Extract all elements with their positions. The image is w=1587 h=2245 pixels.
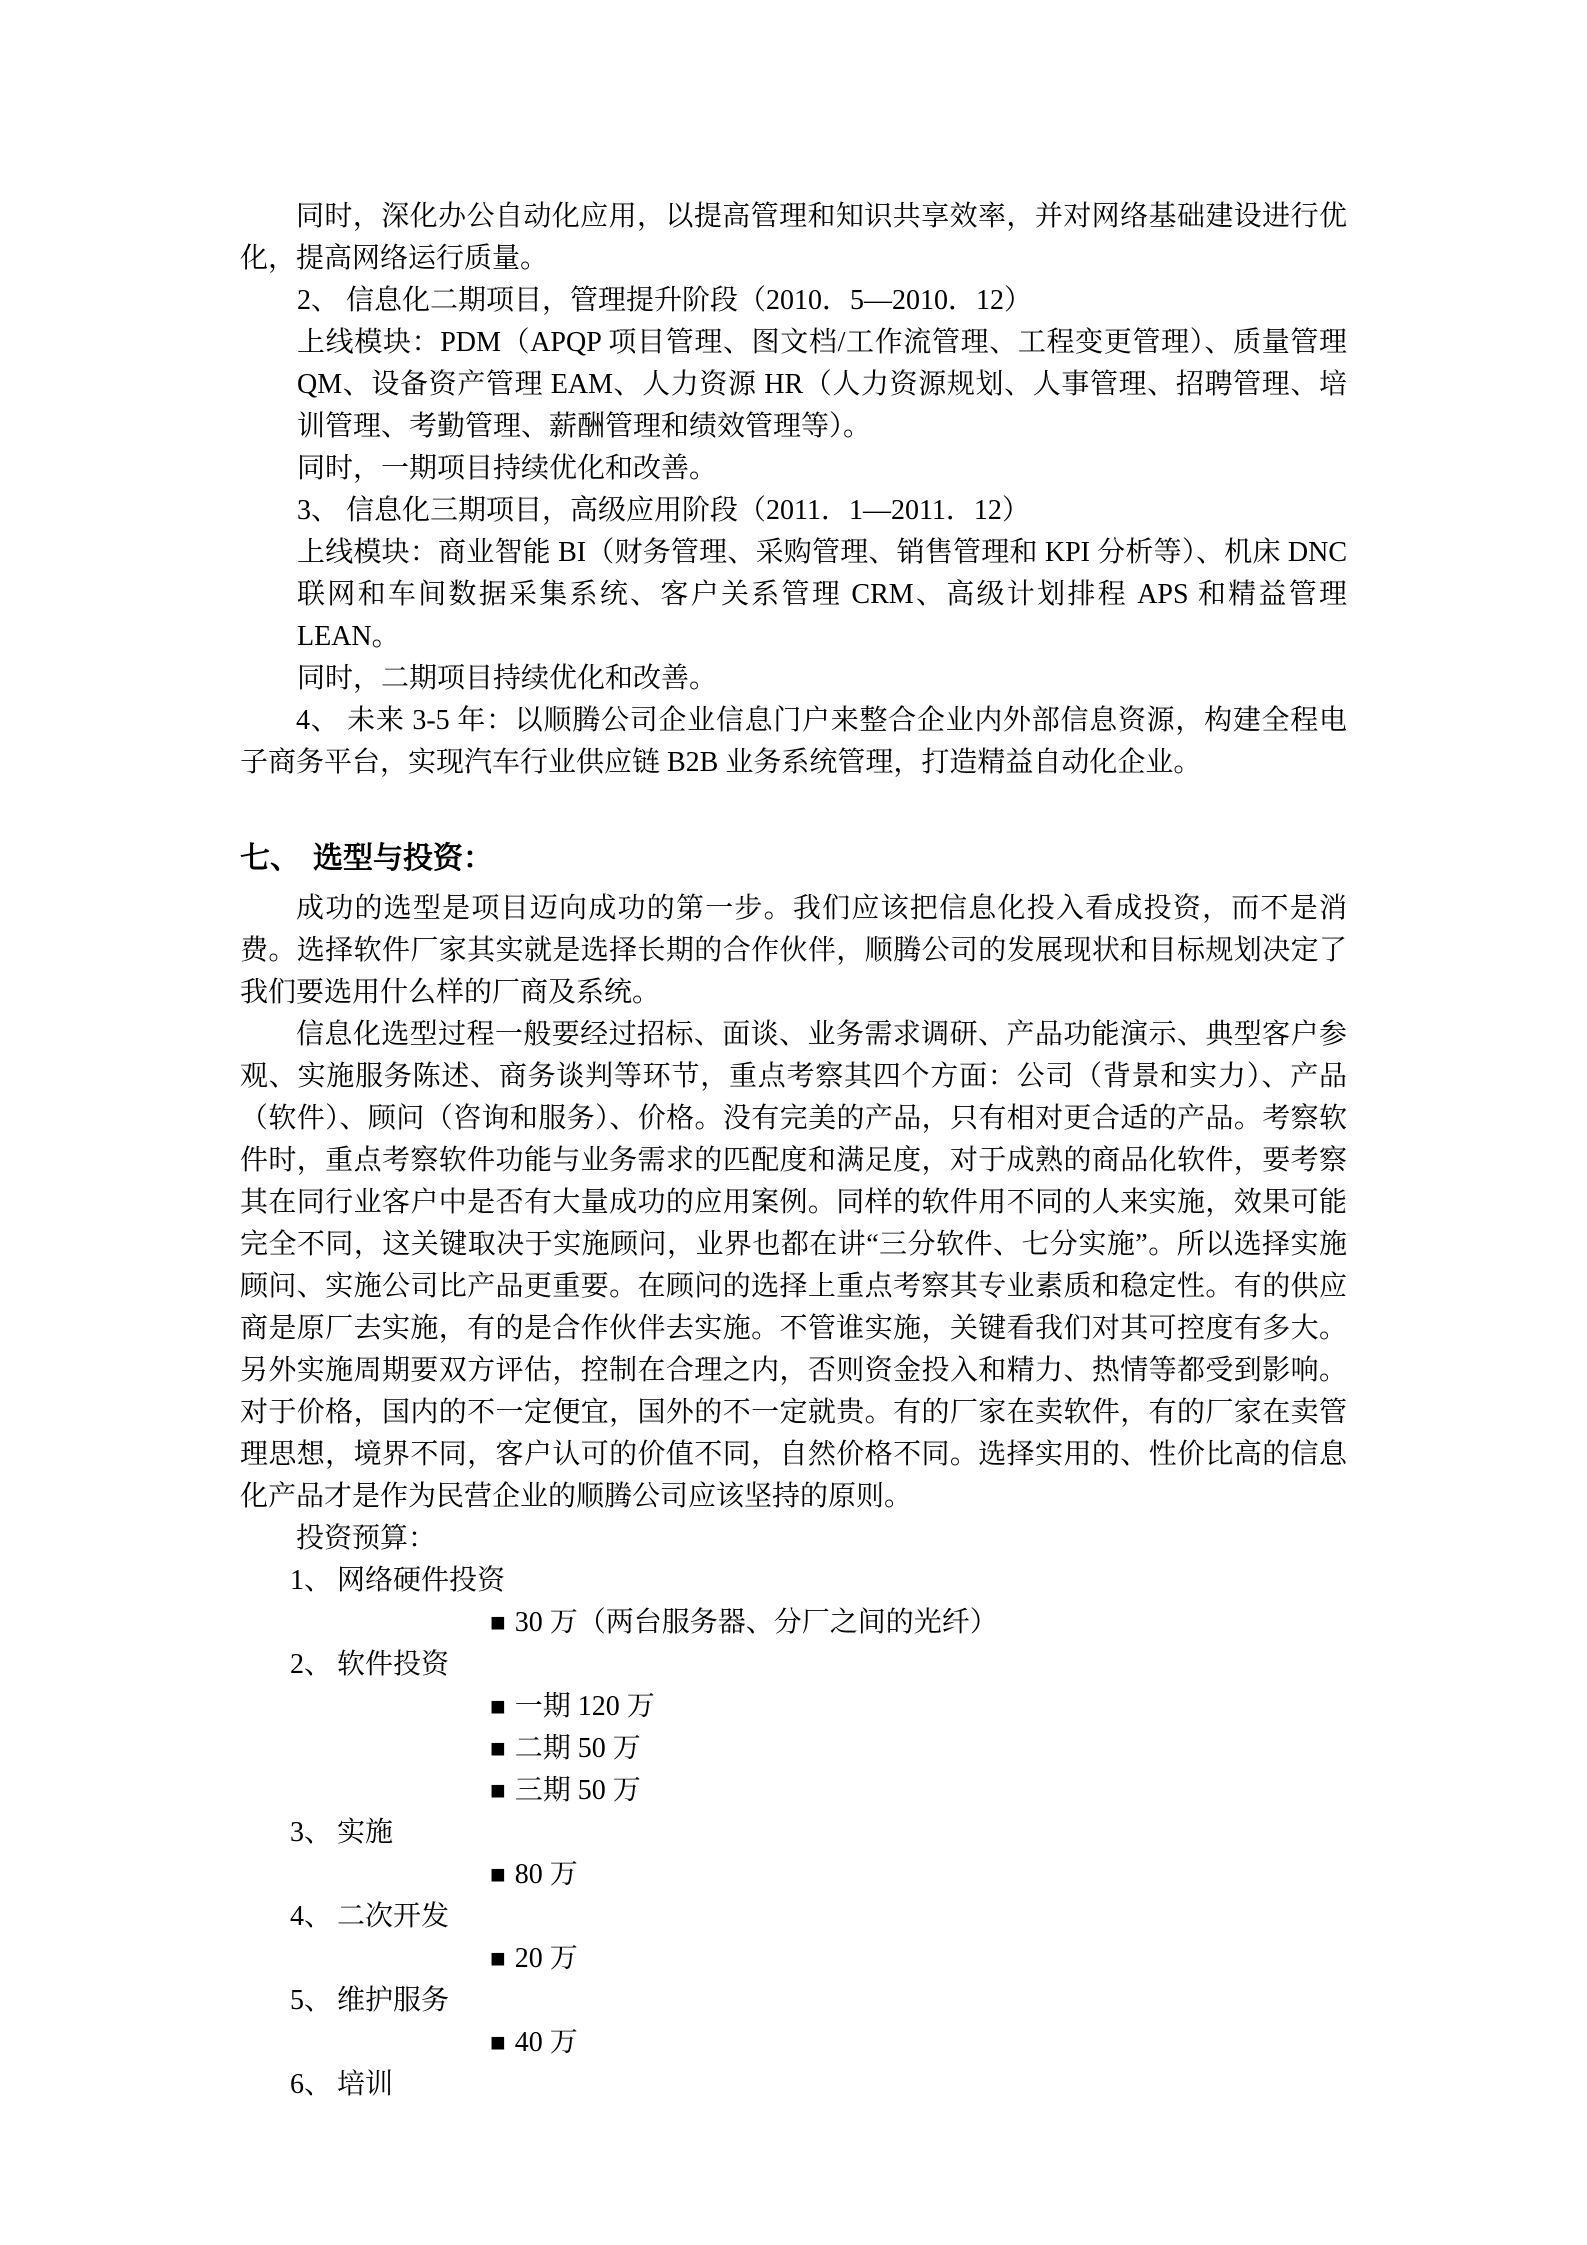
budget-item: 3、实施 <box>240 1812 1347 1854</box>
bullet-square-icon: ■ <box>490 1692 506 1721</box>
budget-bullet: ■三期 50 万 <box>240 1770 1347 1812</box>
paragraph: 同时，深化办公自动化应用，以提高管理和知识共享效率，并对网络基础建设进行优化，提… <box>240 196 1347 280</box>
heading-text: 选型与投资： <box>313 842 493 875</box>
paragraph: 3、 信息化三期项目，高级应用阶段（2011．1—2011．12） <box>240 490 1347 532</box>
bullet-text: 40 万 <box>515 2027 578 2058</box>
bullet-square-icon: ■ <box>490 1608 506 1637</box>
budget-item-number: 3、 <box>290 1812 337 1854</box>
budget-item-number: 4、 <box>290 1896 337 1938</box>
paragraph: 上线模块：商业智能 BI（财务管理、采购管理、销售管理和 KPI 分析等）、机床… <box>240 532 1347 658</box>
bullet-text: 一期 120 万 <box>515 1691 655 1722</box>
budget-bullet: ■80 万 <box>240 1854 1347 1896</box>
budget-item-label: 网络硬件投资 <box>337 1565 505 1596</box>
paragraph: 4、 未来 3-5 年：以顺腾公司企业信息门户来整合企业内外部信息资源，构建全程… <box>240 700 1347 784</box>
paragraph: 同时，二期项目持续优化和改善。 <box>240 658 1347 700</box>
budget-item: 4、二次开发 <box>240 1896 1347 1938</box>
budget-item-label: 实施 <box>337 1817 393 1848</box>
bullet-text: 80 万 <box>515 1859 578 1890</box>
bullet-text: 三期 50 万 <box>515 1775 641 1806</box>
bullet-square-icon: ■ <box>490 1860 506 1889</box>
paragraph: 成功的选型是项目迈向成功的第一步。我们应该把信息化投入看成投资，而不是消费。选择… <box>240 888 1347 1014</box>
budget-item: 6、培训 <box>240 2064 1347 2106</box>
bullet-text: 二期 50 万 <box>515 1733 641 1764</box>
budget-item-label: 维护服务 <box>337 1985 449 2016</box>
heading-number: 七、 <box>240 836 313 882</box>
bullet-text: 30 万（两台服务器、分厂之间的光纤） <box>515 1607 998 1638</box>
budget-item: 5、维护服务 <box>240 1980 1347 2022</box>
paragraph: 2、 信息化二期项目，管理提升阶段（2010．5—2010．12） <box>240 280 1347 322</box>
budget-item-number: 2、 <box>290 1644 337 1686</box>
budget-item: 2、软件投资 <box>240 1644 1347 1686</box>
budget-bullet: ■二期 50 万 <box>240 1728 1347 1770</box>
budget-item-label: 软件投资 <box>337 1649 449 1680</box>
paragraph: 上线模块：PDM（APQP 项目管理、图文档/工作流管理、工程变更管理）、质量管… <box>240 322 1347 448</box>
bullet-square-icon: ■ <box>490 2028 506 2057</box>
budget-item-label: 培训 <box>337 2069 393 2100</box>
budget-bullet: ■20 万 <box>240 1938 1347 1980</box>
bullet-square-icon: ■ <box>490 1776 506 1805</box>
budget-bullet: ■30 万（两台服务器、分厂之间的光纤） <box>240 1602 1347 1644</box>
budget-item-number: 6、 <box>290 2064 337 2106</box>
bullet-square-icon: ■ <box>490 1944 506 1973</box>
budget-item: 1、网络硬件投资 <box>240 1560 1347 1602</box>
budget-bullet: ■一期 120 万 <box>240 1686 1347 1728</box>
bullet-text: 20 万 <box>515 1943 578 1974</box>
section-heading: 七、选型与投资： <box>240 836 1347 882</box>
budget-item-label: 二次开发 <box>337 1901 449 1932</box>
paragraph: 信息化选型过程一般要经过招标、面谈、业务需求调研、产品功能演示、典型客户参观、实… <box>240 1014 1347 1518</box>
bullet-square-icon: ■ <box>490 1734 506 1763</box>
budget-bullet: ■40 万 <box>240 2022 1347 2064</box>
document-page: 同时，深化办公自动化应用，以提高管理和知识共享效率，并对网络基础建设进行优化，提… <box>0 0 1587 2245</box>
budget-item-number: 5、 <box>290 1980 337 2022</box>
budget-heading: 投资预算： <box>240 1518 1347 1560</box>
paragraph: 同时，一期项目持续优化和改善。 <box>240 448 1347 490</box>
budget-item-number: 1、 <box>290 1560 337 1602</box>
